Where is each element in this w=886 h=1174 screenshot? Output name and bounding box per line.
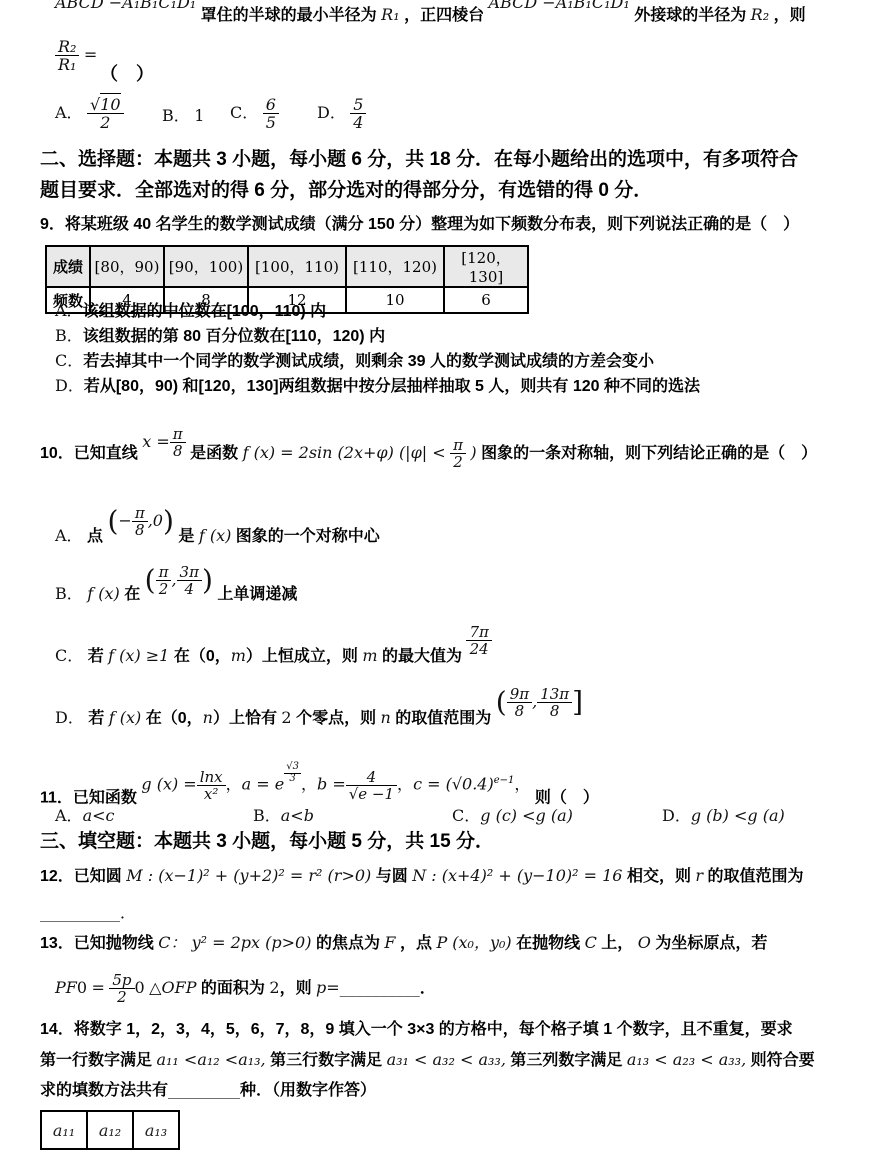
q8-option-b: B． 1 bbox=[162, 106, 204, 127]
q9-table-interval-5: [120，130] bbox=[444, 246, 528, 287]
q12-stem-text-4: 的取值范围为 bbox=[708, 868, 804, 885]
q8-option-c-fraction: 65 bbox=[263, 96, 279, 132]
q8-equals-sign: = bbox=[84, 45, 97, 64]
radicand: 10 bbox=[100, 93, 120, 114]
q12-answer-blank: __________． bbox=[40, 903, 136, 923]
q10-option-b-label: B． bbox=[55, 584, 83, 603]
q10-option-c-var-m: m bbox=[231, 646, 246, 665]
fraction-denominator: x² bbox=[197, 786, 226, 802]
q13-stem-text-1: 13．已知抛物线 bbox=[40, 935, 154, 952]
lnx-over-x2-fraction: lnxx² bbox=[197, 769, 226, 802]
q8-ratio-line: R₂R₁ = bbox=[55, 38, 97, 74]
comma: ， bbox=[301, 775, 317, 794]
q8-option-a-label: A． bbox=[55, 103, 83, 122]
q11-option-b-label: B． bbox=[253, 806, 281, 825]
q14-stem-text-3: 第三列数字满足 bbox=[510, 1052, 622, 1069]
pi-over-8-fraction: π8 bbox=[132, 505, 148, 538]
q14-stem-text-1: 第一行数字满足 bbox=[40, 1052, 152, 1069]
comma: ， bbox=[397, 775, 413, 794]
q10-close-paren: ) bbox=[470, 443, 476, 462]
q9-table-frequency-5: 6 bbox=[444, 287, 528, 313]
q12-stem: 12．已知圆 M : (x−1)² + (y+2)² = r² (r>0) 与圆… bbox=[40, 866, 804, 887]
q9-option-d: D．若从[80，90) 和[120，130]两组数据中按分层抽样抽取 5 人，则… bbox=[55, 376, 700, 397]
fraction-numerator: lnx bbox=[197, 769, 226, 786]
five-p-over-2-fraction: 5p2 bbox=[109, 972, 134, 1005]
sqrt3-over-3-exponent: √33 bbox=[284, 762, 301, 784]
q8-option-a: A． √102 bbox=[55, 96, 124, 132]
q13-bar-glyph-2: 0 bbox=[135, 978, 145, 997]
q8-option-d-fraction: 54 bbox=[350, 96, 366, 132]
q13-origin-o: O bbox=[638, 933, 651, 952]
q8-option-a-denominator: 2 bbox=[87, 114, 124, 131]
q9-option-a: A．该组数据的中位数在[100，110) 内 bbox=[55, 301, 326, 322]
q9-stem: 9．将某班级 40 名学生的数学测试成绩（满分 150 分）整理为如下频数分布表… bbox=[40, 215, 799, 235]
q10-option-c-label: C． bbox=[55, 646, 83, 665]
q14-row1-condition: a₁₁ <a₁₂ <a₁₃, bbox=[156, 1050, 265, 1069]
fraction-numerator: π bbox=[132, 505, 148, 522]
comma: ， bbox=[226, 775, 242, 794]
q11-option-d-label: D． bbox=[662, 806, 691, 825]
q8-frustum-label-1: ABCD −A₁B₁C₁D₁ bbox=[55, 0, 196, 12]
q10-option-d-var-n: n bbox=[203, 708, 213, 727]
q13-period: ． bbox=[420, 980, 436, 997]
q10-option-c-text-3: ）上恒成立，则 bbox=[246, 648, 358, 665]
q10-option-d-text-1: 若 bbox=[88, 710, 104, 727]
q11-g-lhs: g (x) = bbox=[141, 775, 196, 794]
q13-point-p: P (x₀，y₀) bbox=[436, 933, 511, 952]
q10-axis-formula: x =π8 bbox=[142, 426, 185, 459]
q10-option-a-text-1: 点 bbox=[87, 528, 103, 545]
fraction-denominator: 8 bbox=[132, 522, 148, 538]
q8-option-c: C． 65 bbox=[230, 96, 279, 132]
q8-ratio-fraction: R₂R₁ bbox=[55, 38, 79, 74]
q10-option-b: B． f (x) 在 (π2,3π4) 上单调递减 bbox=[55, 578, 297, 611]
q10-option-b-interval: (π2,3π4) bbox=[145, 564, 213, 597]
q10-stem-text-1: 10．已知直线 bbox=[40, 445, 138, 462]
q10-option-a-label: A． bbox=[55, 526, 83, 545]
q9-table-interval-1: [80，90) bbox=[90, 246, 164, 287]
q14-stem-line-2: 第一行数字满足 a₁₁ <a₁₂ <a₁₃, 第三行数字满足 a₃₁ < a₃₂… bbox=[40, 1050, 815, 1071]
q11-option-c-text: g (c) <g (a) bbox=[480, 806, 573, 825]
fraction-numerator: 3π bbox=[177, 564, 202, 581]
q10-option-a: A． 点 (−π8,0) 是 f (x) 图象的一个对称中心 bbox=[55, 520, 380, 553]
left-paren: ( bbox=[107, 505, 118, 538]
section-2-header-line-1: 二、选择题：本题共 3 小题，每小题 6 分，共 18 分．在每小题给出的选项中… bbox=[40, 148, 798, 172]
right-bracket: ] bbox=[572, 686, 583, 719]
q10-stem-text-2: 是函数 bbox=[190, 445, 238, 462]
q10-pi-over-8: π8 bbox=[170, 426, 186, 459]
q8-option-c-numerator: 6 bbox=[263, 96, 279, 114]
q14-stem-line-1: 14．将数字 1，2，3，4，5，6，7，8，9 填入一个 3×3 的方格中，每… bbox=[40, 1020, 793, 1040]
q10-option-d-fx: f (x) bbox=[109, 708, 142, 727]
point-second-coord: ,0 bbox=[148, 511, 163, 530]
fraction-numerator: π bbox=[170, 426, 186, 443]
right-paren: ) bbox=[163, 505, 174, 538]
q13-stem-text-4: 在抛物线 bbox=[516, 935, 580, 952]
q12-stem-text-1: 12．已知圆 bbox=[40, 868, 122, 885]
q13-stem-text-8: ，则 bbox=[280, 980, 312, 997]
q8-stem-text-2: ，正四棱台 bbox=[404, 7, 484, 24]
q12-circle-n: N : (x+4)² + (y−10)² = 16 bbox=[412, 866, 622, 885]
fraction-numerator: 13π bbox=[537, 686, 572, 703]
q8-option-d-label: D． bbox=[317, 103, 346, 122]
fraction-denominator: 8 bbox=[537, 703, 572, 719]
q11-b-lhs: b = bbox=[317, 775, 346, 794]
q8-answer-paren: （ ） bbox=[100, 63, 154, 86]
q11-c-lhs: c = (√0.4) bbox=[413, 775, 494, 794]
q10-option-c-var-m2: m bbox=[362, 646, 377, 665]
q8-option-a-fraction: √102 bbox=[87, 96, 124, 132]
q14-stem-text-6: 种．（用数字作答） bbox=[240, 1082, 376, 1099]
comma: ， bbox=[514, 775, 530, 794]
q10-option-d-count: 2 bbox=[281, 708, 291, 727]
q9-option-a-label: A． bbox=[55, 301, 83, 320]
q11-option-a: A．a<c bbox=[55, 806, 114, 827]
right-paren: ) bbox=[202, 564, 213, 597]
e-minus-1-exponent: e−1 bbox=[494, 775, 515, 786]
q11-option-d: D．g (b) <g (a) bbox=[662, 806, 785, 827]
q8-radius-r2: R₂ bbox=[751, 5, 769, 24]
q11-option-c-label: C． bbox=[452, 806, 480, 825]
left-paren: ( bbox=[496, 686, 507, 719]
q13-stem-text-6: 为坐标原点，若 bbox=[655, 935, 767, 952]
q10-option-b-fx: f (x) bbox=[87, 584, 120, 603]
q8-option-d-denominator: 4 bbox=[350, 114, 366, 131]
q12-var-r: r bbox=[695, 866, 703, 885]
q13-parabola-eq: C： y² = 2px (p>0) bbox=[158, 933, 311, 952]
radical-sign: √ bbox=[90, 95, 100, 114]
q14-stem-text-2: 第三行数字满足 bbox=[270, 1052, 382, 1069]
q11-option-b: B．a<b bbox=[253, 806, 314, 827]
q12-circle-m: M : (x−1)² + (y+2)² = r² (r>0) bbox=[126, 866, 371, 885]
q13-stem-text-5: 上， bbox=[601, 935, 633, 952]
fraction-denominator: 3 bbox=[284, 774, 301, 785]
q8-stem-text-3: 外接球的半径为 bbox=[634, 7, 746, 24]
q11-a-lhs: a = e bbox=[242, 775, 285, 794]
four-over-sqrt-e-fraction: 4√e −1 bbox=[346, 769, 397, 802]
q9-table-score-label: 成绩 bbox=[46, 246, 90, 287]
q14-stem-text-4: 则符合要 bbox=[751, 1052, 815, 1069]
q10-option-a-fx: f (x) bbox=[199, 526, 232, 545]
seven-pi-over-24-fraction: 7π24 bbox=[466, 624, 491, 657]
q10-option-c: C． 若 f (x) ≥1 在（0，m）上恒成立，则 m 的最大值为 7π24 bbox=[55, 640, 492, 673]
q14-row3-condition: a₃₁ < a₃₂ < a₃₃, bbox=[387, 1050, 506, 1069]
q10-pi-over-2: π2 bbox=[450, 437, 466, 470]
fraction-denominator: 24 bbox=[466, 641, 491, 657]
q13-pf-bar-glyph: 0 bbox=[77, 978, 87, 997]
q10-option-d-text-5: 的取值范围为 bbox=[395, 710, 491, 727]
q10-option-d-range: (9π8,13π8] bbox=[496, 686, 583, 719]
q9-option-c: C．若去掉其中一个同学的数学测试成绩，则剩余 39 人的数学测试成绩的方差会变小 bbox=[55, 351, 654, 372]
pi-over-2-fraction: π2 bbox=[156, 564, 172, 597]
q9-table-score-row: 成绩 [80，90) [90，100) [100，110) [110，120) … bbox=[46, 246, 528, 287]
fraction-numerator: 5p bbox=[109, 972, 134, 989]
q13-area-value: 2 bbox=[269, 978, 279, 997]
q8-option-d-numerator: 5 bbox=[350, 96, 366, 114]
q13-stem-text-7: 的面积为 bbox=[201, 980, 265, 997]
q10-function-def: f (x) = 2sin (2x+φ) (|φ| < bbox=[243, 443, 446, 462]
q8-ratio-numerator: R₂ bbox=[55, 38, 79, 56]
q9-option-d-label: D． bbox=[55, 376, 84, 395]
q13-focus-f: F bbox=[384, 933, 395, 952]
q11-definitions: g (x) =lnxx²，a = e√33，b =4√e −1，c = (√0.… bbox=[141, 762, 530, 802]
q11-option-b-text: a<b bbox=[281, 806, 314, 825]
q14-grid-cell-a12: a₁₂ bbox=[87, 1111, 133, 1149]
q9-option-d-text: 若从[80，90) 和[120，130]两组数据中按分层抽样抽取 5 人，则共有… bbox=[84, 378, 700, 395]
q8-stem-line: ABCD −A₁B₁C₁D₁ 罩住的半球的最小半径为 R₁ ，正四棱台 ABCD… bbox=[55, 5, 806, 26]
q8-ratio-denominator: R₁ bbox=[55, 56, 79, 73]
q13-answer-blank: __________ bbox=[340, 978, 420, 997]
exam-paper-page: { "page": { "background": "#ffffff", "te… bbox=[0, 0, 886, 1174]
q10-option-d-var-n2: n bbox=[381, 708, 391, 727]
fraction-denominator: 8 bbox=[170, 443, 186, 459]
thirteen-pi-over-8-fraction: 13π8 bbox=[537, 686, 572, 719]
q12-stem-text-2: 与圆 bbox=[376, 868, 408, 885]
q11-option-a-text: a<c bbox=[83, 806, 115, 825]
q8-stem-text-4: ，则 bbox=[774, 7, 806, 24]
q10-option-c-text-2: 在（0， bbox=[174, 648, 231, 665]
equals-sign: = bbox=[92, 978, 105, 997]
q10-option-a-point: (−π8,0) bbox=[107, 505, 173, 538]
q9-option-b: B．该组数据的第 80 百分位数在[110，120) 内 bbox=[55, 326, 385, 347]
minus-sign: − bbox=[118, 511, 131, 530]
q8-option-c-label: C． bbox=[230, 103, 258, 122]
q8-option-b-label: B． bbox=[162, 106, 190, 125]
q9-option-b-text: 该组数据的第 80 百分位数在[110，120) 内 bbox=[83, 328, 385, 345]
q8-option-d: D． 54 bbox=[317, 96, 366, 132]
q10-option-d-text-3: ）上恰有 bbox=[213, 710, 277, 727]
q10-option-c-text-1: 若 bbox=[88, 648, 104, 665]
q8-radius-r1: R₁ bbox=[381, 5, 399, 24]
three-pi-over-4-fraction: 3π4 bbox=[177, 564, 202, 597]
q8-option-c-denominator: 5 bbox=[263, 114, 279, 131]
q8-stem-text-1: 罩住的半球的最小半径为 bbox=[201, 7, 377, 24]
fraction-denominator: 8 bbox=[507, 703, 532, 719]
fraction-denominator: 4 bbox=[177, 581, 202, 597]
q11-stem-tail: 则（ ） bbox=[535, 790, 599, 807]
q9-table-frequency-4: 10 bbox=[346, 287, 444, 313]
q14-answer-blank: _________ bbox=[168, 1080, 240, 1099]
q13-p-equals: p= bbox=[316, 978, 340, 997]
q11-option-a-label: A． bbox=[55, 806, 83, 825]
q13-triangle-ofp: △OFP bbox=[149, 978, 196, 997]
section-3-header: 三、填空题：本题共 3 小题，每小题 5 分，共 15 分． bbox=[40, 830, 494, 854]
q10-option-d: D． 若 f (x) 在（0，n）上恰有 2 个零点，则 n 的取值范围为 (9… bbox=[55, 702, 583, 735]
fraction-numerator: π bbox=[450, 437, 466, 454]
q8-option-a-numerator: √10 bbox=[87, 96, 124, 114]
q10-stem-text-3: 图象的一条对称轴，则下列结论正确的是（ ） bbox=[481, 445, 817, 462]
q10-option-a-text-3: 图象的一个对称中心 bbox=[236, 528, 380, 545]
q14-grid-row: a₁₁ a₁₂ a₁₃ bbox=[41, 1111, 179, 1149]
q8-frustum-label-2: ABCD −A₁B₁C₁D₁ bbox=[489, 0, 630, 12]
fraction-denominator: 2 bbox=[156, 581, 172, 597]
q9-option-c-label: C． bbox=[55, 351, 83, 370]
fraction-denominator: 2 bbox=[450, 454, 466, 470]
q14-grid-cell-a11: a₁₁ bbox=[41, 1111, 87, 1149]
q13-stem-text-3: ，点 bbox=[400, 935, 432, 952]
fraction-numerator: 4 bbox=[346, 769, 397, 786]
q14-stem-line-3: 求的填数方法共有_________种．（用数字作答） bbox=[40, 1080, 376, 1101]
left-paren: ( bbox=[145, 564, 156, 597]
fraction-numerator: 7π bbox=[466, 624, 491, 641]
q10-option-c-max-value: 7π24 bbox=[466, 624, 491, 657]
q9-table-interval-4: [110，120) bbox=[346, 246, 444, 287]
q10-option-c-inequality: f (x) ≥1 bbox=[108, 646, 169, 665]
q10-option-c-text-4: 的最大值为 bbox=[382, 648, 462, 665]
q10-option-a-text-2: 是 bbox=[178, 528, 194, 545]
q14-grid-cell-a13: a₁₃ bbox=[133, 1111, 179, 1149]
q10-option-d-text-2: 在（0， bbox=[146, 710, 203, 727]
q10-option-b-text-1: 在 bbox=[124, 586, 140, 603]
q13-curve-c: C bbox=[585, 933, 597, 952]
q9-table-interval-3: [100，110) bbox=[248, 246, 346, 287]
fraction-numerator: √3 bbox=[284, 762, 301, 774]
q11-option-d-text: g (b) <g (a) bbox=[691, 806, 785, 825]
nine-pi-over-8-fraction: 9π8 bbox=[507, 686, 532, 719]
q13-stem-line-2: PF0 = 5p20 △OFP 的面积为 2，则 p=__________． bbox=[55, 972, 436, 1005]
fraction-denominator: 2 bbox=[109, 989, 134, 1005]
q13-stem-line-1: 13．已知抛物线 C： y² = 2px (p>0) 的焦点为 F ，点 P (… bbox=[40, 933, 767, 954]
q10-stem: 10．已知直线 x =π8 是函数 f (x) = 2sin (2x+φ) (|… bbox=[40, 437, 817, 470]
q10-option-d-label: D． bbox=[55, 708, 84, 727]
fraction-denominator: √e −1 bbox=[346, 786, 397, 802]
q14-col3-condition: a₁₃ < a₂₃ < a₃₃, bbox=[627, 1050, 746, 1069]
q12-stem-text-3: 相交，则 bbox=[627, 868, 691, 885]
q10-option-b-text-2: 上单调递减 bbox=[217, 586, 297, 603]
q9-option-a-text: 该组数据的中位数在[100，110) 内 bbox=[83, 303, 327, 320]
q8-option-b-value: 1 bbox=[194, 106, 204, 125]
q13-stem-text-2: 的焦点为 bbox=[316, 935, 380, 952]
q10-x-equals: x = bbox=[142, 432, 170, 451]
fraction-numerator: 9π bbox=[507, 686, 532, 703]
q10-option-d-text-4: 个零点，则 bbox=[296, 710, 376, 727]
fraction-numerator: π bbox=[156, 564, 172, 581]
q9-option-c-text: 若去掉其中一个同学的数学测试成绩，则剩余 39 人的数学测试成绩的方差会变小 bbox=[83, 353, 654, 370]
q9-table-interval-2: [90，100) bbox=[164, 246, 248, 287]
q13-pf-symbol: PF bbox=[55, 978, 77, 997]
q14-grid-table: a₁₁ a₁₂ a₁₃ bbox=[40, 1110, 180, 1150]
section-2-header-line-2: 题目要求．全部选对的得 6 分，部分选对的得部分分，有选错的得 0 分． bbox=[40, 179, 652, 203]
q11-option-c: C．g (c) <g (a) bbox=[452, 806, 573, 827]
q11-stem-text: 11．已知函数 bbox=[40, 790, 137, 807]
q14-stem-text-5: 求的填数方法共有 bbox=[40, 1082, 168, 1099]
q9-option-b-label: B． bbox=[55, 326, 83, 345]
